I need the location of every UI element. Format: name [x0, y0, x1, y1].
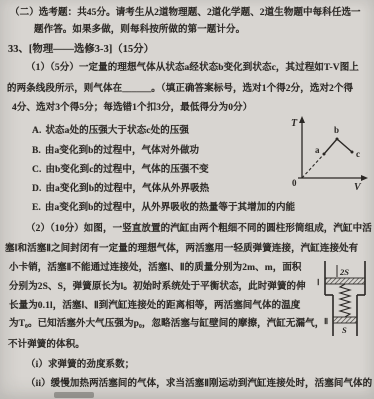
tv-axes: [298, 120, 363, 178]
bottom-area-label: S: [342, 325, 347, 335]
piston-2: [333, 317, 357, 323]
option-A-label: A.: [32, 126, 41, 136]
option-E-label: E.: [32, 203, 41, 213]
cylinder-piston-figure: 2S Ⅰ Ⅱ S: [316, 257, 374, 341]
sub-question-ii: （ii）缓慢加热两活塞间的气体，求当活塞Ⅱ刚运动到汽缸连接处时，活塞间气体的: [26, 379, 372, 390]
option-A-text: 状态a处的压强大于状态c处的压强: [45, 126, 189, 136]
q2-stem-line-2: 塞Ⅰ和活塞Ⅱ之间封闭有一定量的理想气体，两活塞用一轻质弹簧连接，汽缸连接处有: [5, 244, 358, 255]
point-c-label: c: [356, 149, 360, 159]
v-axis-arrow: [361, 175, 368, 181]
option-C-text: 由b变化到c的过程中，气体的压强不变: [45, 165, 208, 175]
top-area-label: 2S: [339, 267, 349, 277]
section-note-line-1: （二）选考题：共45分。请考生从2道物理题、2道化学题、2道生物题中每科任选一: [10, 8, 361, 19]
q1-stem-line-3: 4分、选对3个得5分；每选错1个扣3分，最低得分为0分）: [12, 103, 252, 114]
option-C-label: C.: [32, 165, 41, 175]
piston-2-label: Ⅱ: [324, 316, 328, 326]
origin-label: 0: [292, 178, 297, 188]
option-E-text: 由a变化到b的过程中，从外界吸收的热量等于其增加的内能: [45, 203, 295, 213]
q2-stem-line-7: 不计弹簧的体积。: [8, 340, 85, 351]
section-note-line-2: 题作答。如果多做，则每科按所做的第一题计分。: [34, 25, 245, 36]
q2-stem-line-5: 长量为0.1l，活塞Ⅰ、Ⅱ到汽缸连接处的距离相等，两活塞间气体的温度: [9, 301, 300, 312]
t-axis-arrow: [299, 116, 305, 123]
q2-stem-line-1: （2）（10分）如图，一竖直放置的汽缸由两个粗细不同的圆柱形筒组成，汽缸中活: [26, 224, 372, 235]
spring: [340, 284, 350, 317]
option-C: C.由b变化到c的过程中，气体的压强不变: [32, 165, 209, 176]
process-path-abc: [324, 139, 352, 154]
option-B: B.由a变化到b的过程中，气体对外做功: [32, 146, 199, 157]
q1-stem-line-1: （1）（5分）一定量的理想气体从状态a经状态b变化到状态c，其过程如T-V图上: [26, 63, 359, 74]
option-E: E.由a变化到b的过程中，从外界吸收的热量等于其增加的内能: [32, 203, 295, 214]
point-a-label: a: [315, 145, 320, 155]
t-axis-label: T: [291, 118, 298, 129]
sub-question-i: （i）求弹簧的劲度系数；: [26, 360, 134, 371]
option-B-text: 由a变化到b的过程中，气体对外做功: [45, 146, 199, 156]
dashed-extension-0a: [302, 154, 324, 178]
question-33-title: 33、[物理——选修3-3]（15分）: [8, 44, 154, 55]
q2-stem-line-4: 分别为2S、S，弹簧原长为l。初始时系统处于平衡状态，此时弹簧的伸: [9, 282, 306, 293]
option-A: A.状态a处的压强大于状态c处的压强: [32, 126, 189, 137]
q2-stem-line-6: 为T₀。已知活塞外大气压强为p₀，忽略活塞与缸壁间的摩擦，汽缸无漏气，: [9, 319, 324, 330]
state-point-a: [323, 153, 326, 156]
q2-stem-line-3: 小卡销，活塞Ⅱ不能通过连接处，活塞Ⅰ、Ⅱ的质量分别为2m、m，面积: [9, 263, 302, 274]
piston-1-label: Ⅰ: [317, 277, 320, 287]
option-B-label: B.: [32, 146, 41, 156]
state-point-b: [336, 138, 339, 141]
exam-paper-scan: （二）选考题：共45分。请考生从2道物理题、2道化学题、2道生物题中每科任选一 …: [0, 0, 374, 399]
v-axis-label: V: [354, 182, 362, 192]
tv-diagram: T V 0 a b c: [288, 114, 372, 192]
option-D: D.由a变化到b的过程中，气体从外界吸热: [32, 184, 209, 195]
option-D-label: D.: [32, 184, 41, 194]
q1-stem-line-2: 的两条线段所示，则气体在______。（填正确答案标号，选对1个得2分，选对2个…: [7, 84, 353, 95]
piston-1: [325, 278, 365, 284]
state-point-c: [351, 151, 354, 154]
point-b-label: b: [334, 125, 339, 135]
option-D-text: 由a变化到b的过程中，气体从外界吸热: [45, 184, 209, 194]
scan-artifact: [54, 392, 94, 398]
